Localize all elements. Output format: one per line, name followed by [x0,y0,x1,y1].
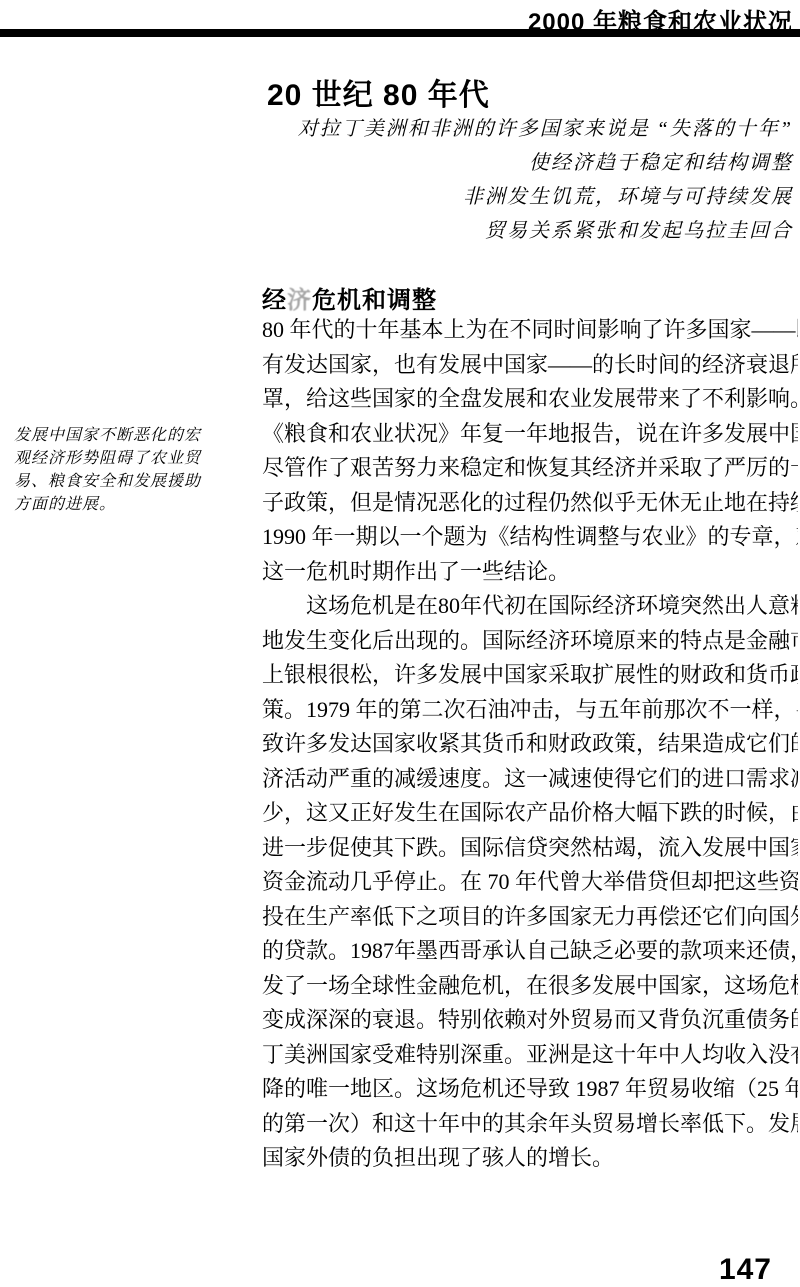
header-rule [0,29,800,37]
body-line: 投在生产率低下之项目的许多国家无力再偿还它们向国外借 [262,900,798,935]
body-line: 少，这又正好发生在国际农产品价格大幅下跌的时候，由此 [262,796,798,831]
body-line: 罩，给这些国家的全盘发展和农业发展带来了不利影响。 [262,382,798,417]
subtitle-line: 使经济趋于稳定和结构调整 [298,146,793,180]
body-line: 策。1979 年的第二次石油冲击，与五年前那次不一样，导 [262,693,798,728]
body-text: 80 年代的十年基本上为在不同时间影响了许多国家——既 有发达国家，也有发展中国… [262,313,798,1176]
margin-note-line: 观经济形势阻碍了农业贸 [14,447,254,470]
section-heading-part: 经 [262,287,287,314]
body-line: 地发生变化后出现的。国际经济环境原来的特点是金融市场 [262,624,798,659]
chapter-heading: 20 世纪 80 年代 [267,70,490,114]
body-line: 的贷款。1987年墨西哥承认自己缺乏必要的款项来还债，引 [262,934,798,969]
body-line: 变成深深的衰退。特别依赖对外贸易而又背负沉重债务的拉 [262,1003,798,1038]
body-line: 进一步促使其下跌。国际信贷突然枯竭，流入发展中国家的 [262,831,798,866]
subtitle-line: 非洲发生饥荒，环境与可持续发展 [298,180,793,214]
body-line: 尽管作了艰苦努力来稳定和恢复其经济并采取了严厉的一揽 [262,451,798,486]
body-line: 的第一次）和这十年中的其余年头贸易增长率低下。发展中 [262,1107,798,1142]
subtitle-line: 对拉丁美洲和非洲的许多国家来说是 “失落的十年” [298,112,793,146]
body-line: 子政策，但是情况恶化的过程仍然似乎无休无止地在持续。 [262,486,798,521]
body-line: 国家外债的负担出现了骇人的增长。 [262,1141,798,1176]
body-line: 有发达国家，也有发展中国家——的长时间的经济衰退所笼 [262,348,798,383]
section-heading: 经济危机和调整 [262,280,437,315]
page-number: 147 [719,1253,772,1287]
body-line: 这一危机时期作出了一些结论。 [262,555,798,590]
body-line: 1990 年一期以一个题为《结构性调整与农业》的专章，对 [262,520,798,555]
subtitle-line: 贸易关系紧张和发起乌拉圭回合 [298,214,793,248]
body-line: 降的唯一地区。这场危机还导致 1987 年贸易收缩（25 年中 [262,1072,798,1107]
chapter-subtitle: 对拉丁美洲和非洲的许多国家来说是 “失落的十年” 使经济趋于稳定和结构调整 非洲… [298,112,793,248]
margin-note: 发展中国家不断恶化的宏 观经济形势阻碍了农业贸 易、粮食安全和发展援助 方面的进… [14,424,254,516]
body-line: 这场危机是在80年代初在国际经济环境突然出人意料 [262,589,798,624]
body-line: 上银根很松，许多发展中国家采取扩展性的财政和货币政 [262,658,798,693]
body-line: 《粮食和农业状况》年复一年地报告，说在许多发展中国家， [262,417,798,452]
section-heading-faded-char: 济 [287,287,312,314]
section-heading-part: 危机和调整 [312,287,437,314]
margin-note-line: 易、粮食安全和发展援助 [14,470,254,493]
body-line: 80 年代的十年基本上为在不同时间影响了许多国家——既 [262,313,798,348]
body-line: 发了一场全球性金融危机，在很多发展中国家，这场危机演 [262,969,798,1004]
margin-note-line: 发展中国家不断恶化的宏 [14,424,254,447]
margin-note-line: 方面的进展。 [14,493,254,516]
body-line: 济活动严重的减缓速度。这一减速使得它们的进口需求减 [262,762,798,797]
body-line: 丁美洲国家受难特别深重。亚洲是这十年中人均收入没有下 [262,1038,798,1073]
document-page: 2000 年粮食和农业状况 20 世纪 80 年代 对拉丁美洲和非洲的许多国家来… [0,0,800,1287]
body-line: 致许多发达国家收紧其货币和财政政策，结果造成它们的经 [262,727,798,762]
body-line: 资金流动几乎停止。在 70 年代曾大举借贷但却把这些资金 [262,865,798,900]
